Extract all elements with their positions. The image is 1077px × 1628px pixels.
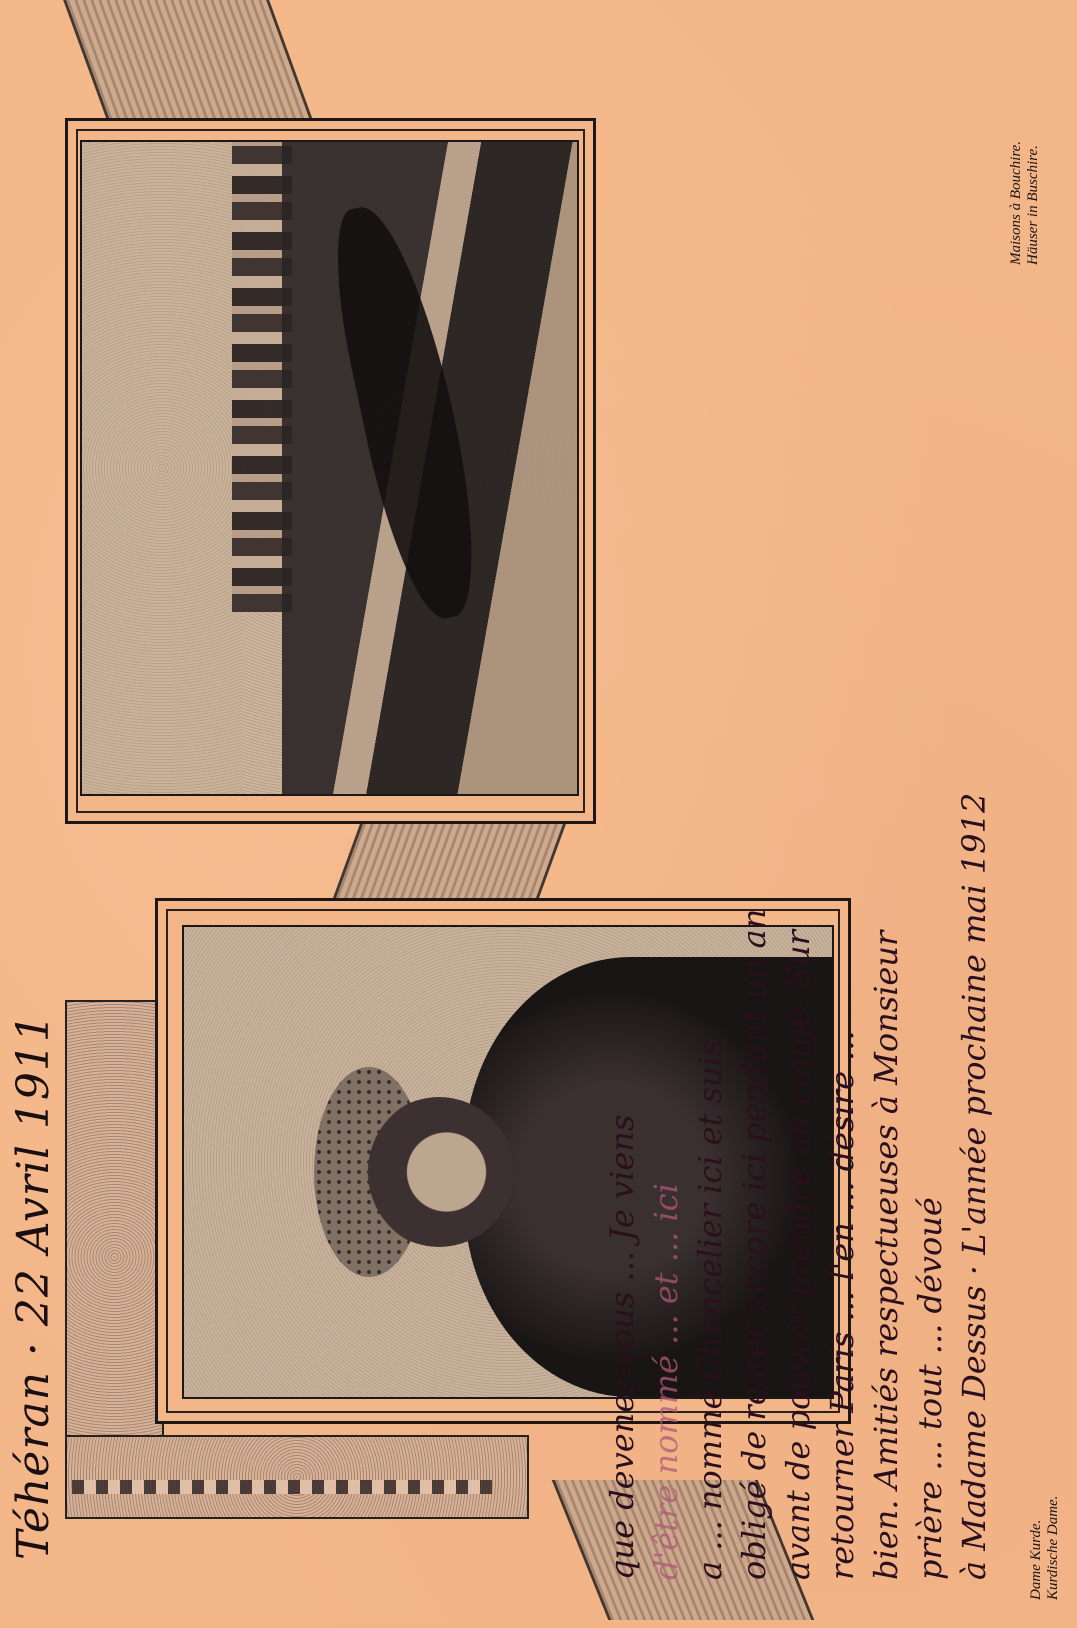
landscape-photo [80,140,579,796]
ornamental-frame-band-bottom [65,1435,529,1519]
decorative-ribbon-middle [329,820,568,910]
message-line: que devenez-vous ... Je viens [600,793,644,1580]
caption-landscape-de: Häuser in Buschire. [1025,141,1042,265]
caption-landscape-fr: Maisons à Bouchire. [1008,141,1025,265]
message-line: a ... nommé Chancelier ici et suis [688,793,732,1580]
caption-portrait: Dame Kurde. Kurdische Dame. [1028,1496,1062,1600]
postcard: Téhéran · 22 Avril 1911 Maisons à Bouchi… [0,0,1077,1628]
message-line: d'être nommé ... et ... ici [644,793,688,1580]
message-line: à Madame Dessus · L'année prochaine mai … [952,793,996,1580]
caption-portrait-de: Kurdische Dame. [1045,1496,1062,1600]
message-line: bien. Amitiés respectueuses à Monsieur [864,793,908,1580]
message-line: avant de pouvoir prendre un congé. Sur [776,793,820,1580]
portrait-head [364,1097,514,1247]
caption-portrait-fr: Dame Kurde. [1028,1496,1045,1600]
checkered-border [72,1480,492,1494]
decorative-ribbon-top [63,0,313,120]
photo-sky [82,142,242,794]
message-line: retourner Paris ... l'en ... désire ... [820,793,864,1580]
handwritten-date: Téhéran · 22 Avril 1911 [8,1013,59,1560]
message-line: obligé de rester encore ici pendant un a… [732,793,776,1580]
message-line: prière ... tout ... dévoué [908,793,952,1580]
caption-landscape: Maisons à Bouchire. Häuser in Buschire. [1008,141,1042,265]
handwritten-message: que devenez-vous ... Je viens d'être nom… [600,793,996,1580]
